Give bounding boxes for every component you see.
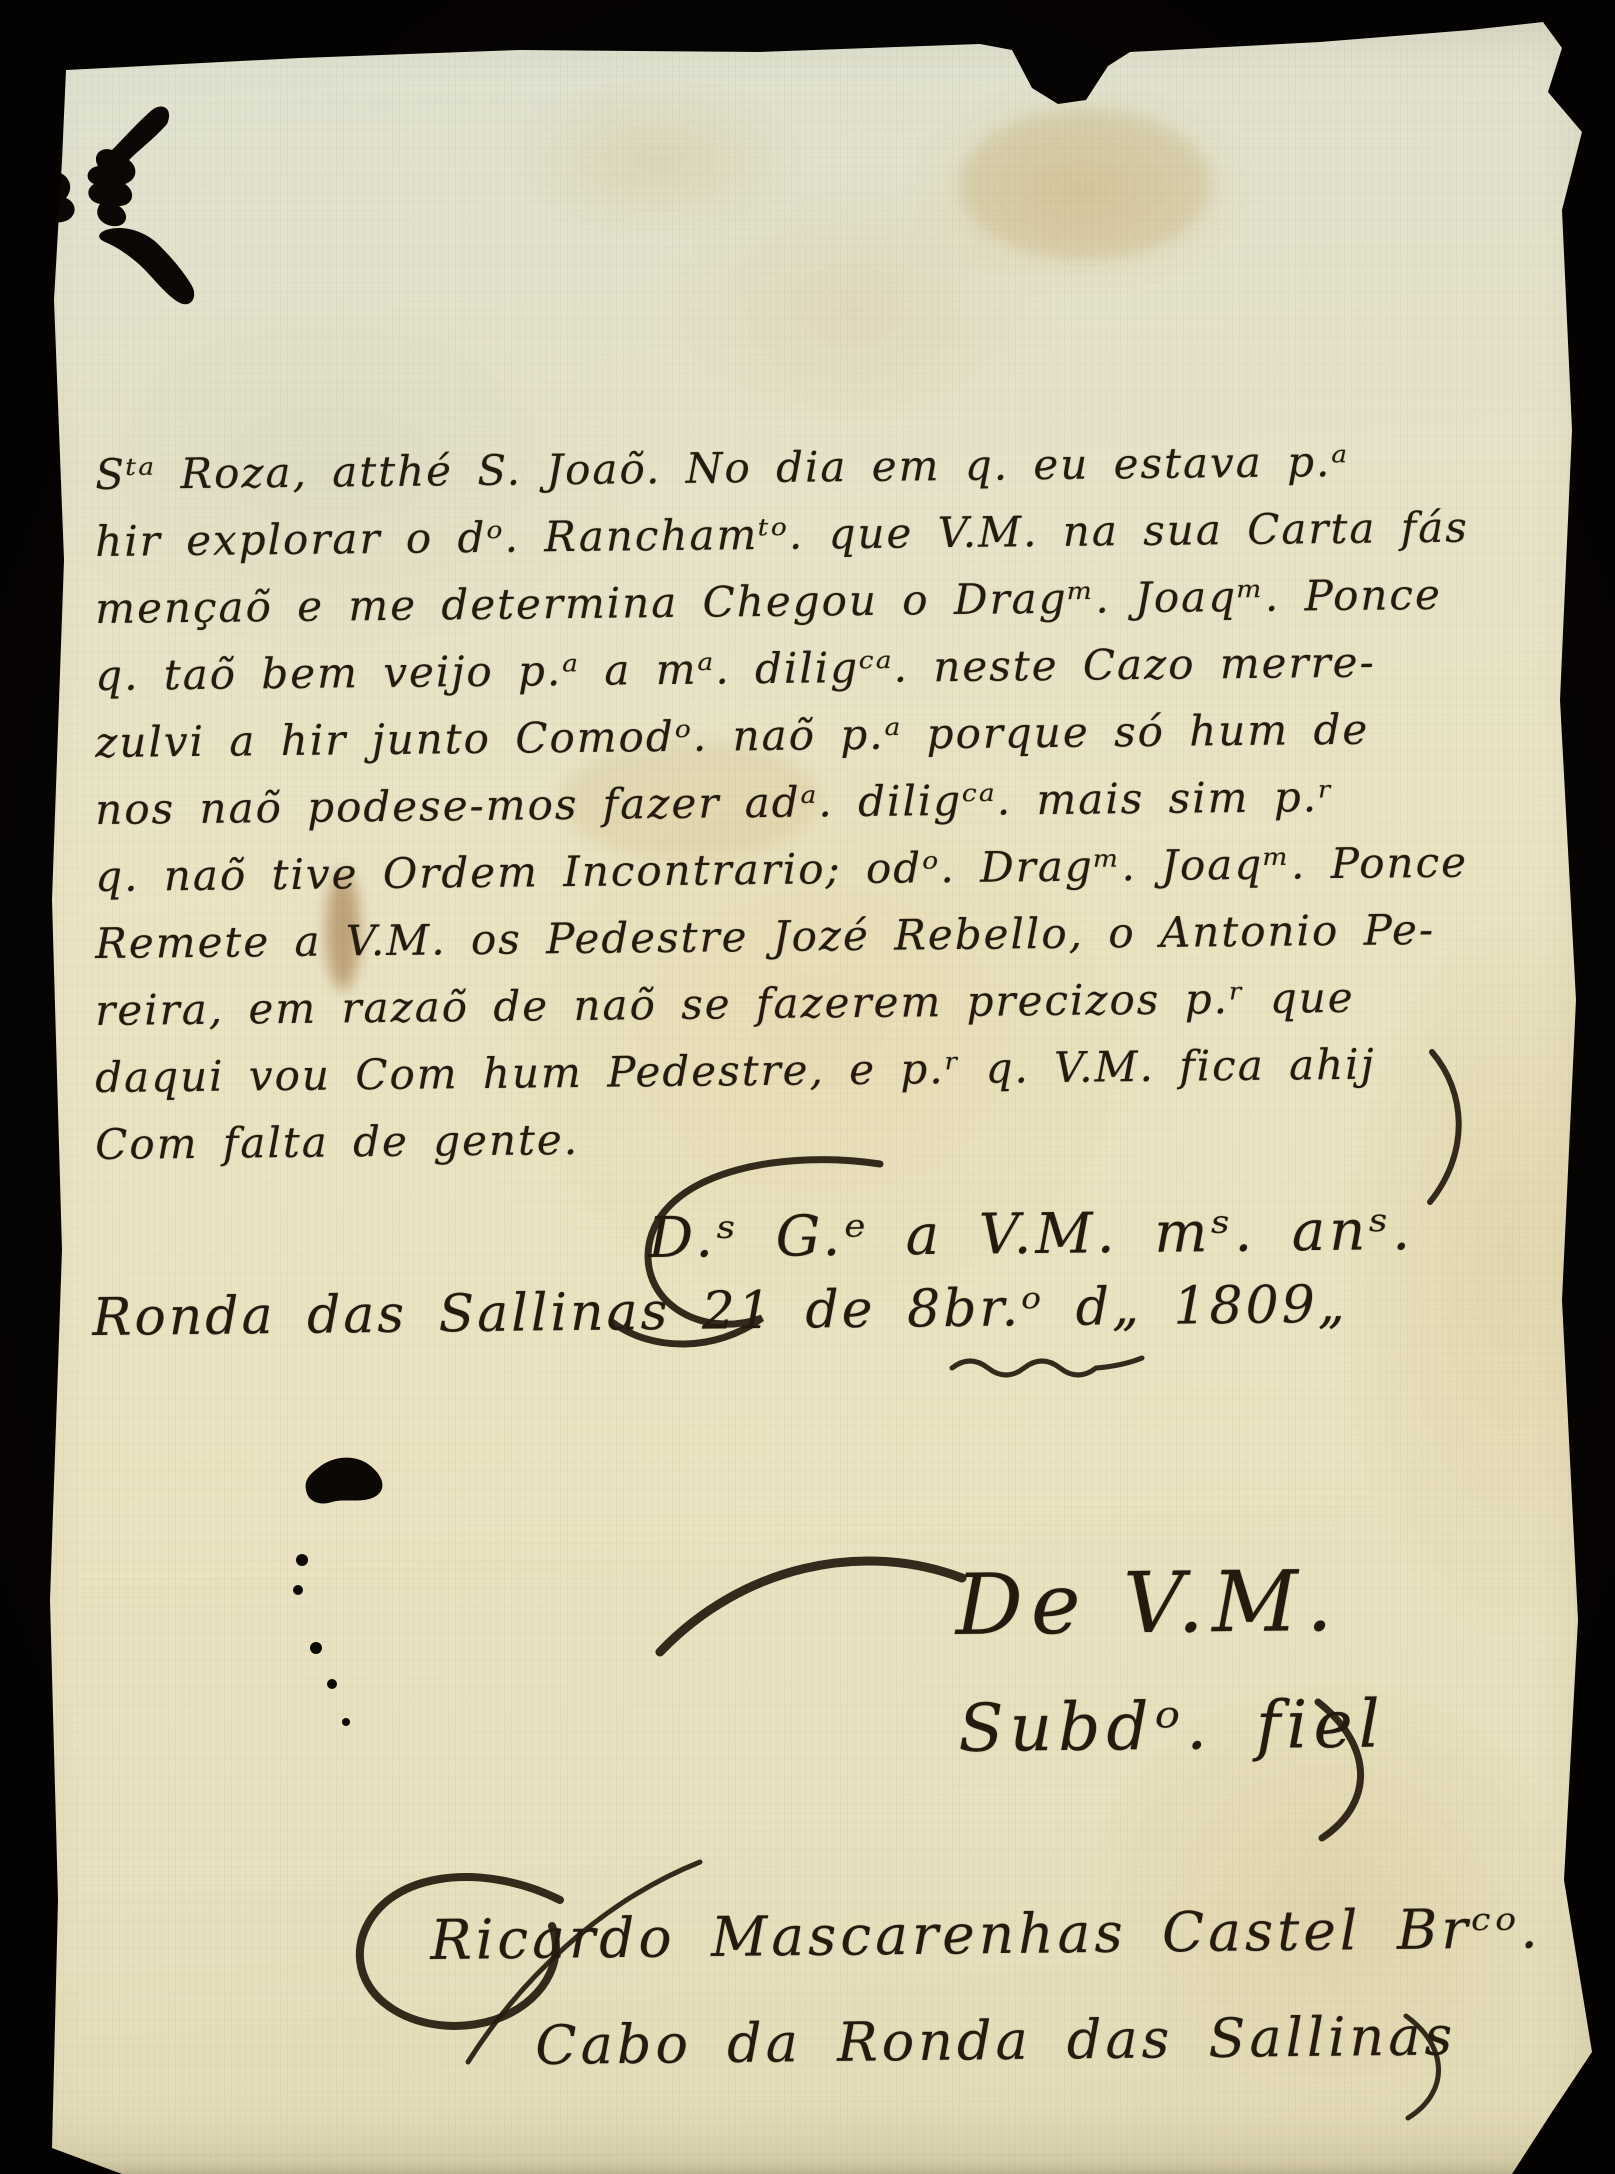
ink-blot	[40, 80, 240, 320]
signature-name: Ricardo Mascarenhas Castel Brᶜᵒ.	[430, 1896, 1542, 1972]
handwritten-line: Sᵗᵃ Roza, atthé S. Joaõ. No dia em q. eu…	[95, 437, 1349, 499]
handwritten-line: hir explorar o dᵒ. Ranchamᵗᵒ. que V.M. n…	[95, 503, 1469, 566]
signature-title: Cabo da Ronda das Sallinas	[535, 2004, 1456, 2077]
handwritten-line: nos naõ podese-mos fazer adᵃ. diligᶜᵃ. m…	[95, 772, 1335, 834]
valediction-line: D.ˢ G.ᵉ a V.M. mˢ. anˢ.	[648, 1198, 1414, 1271]
ink-specks	[280, 1440, 420, 1760]
handwritten-line: zulvi a hir junto Comodᵒ. naõ p.ᵃ porque…	[95, 705, 1369, 767]
handwritten-line: q. naõ tive Ordem Incontrario; odᵒ. Drag…	[95, 838, 1468, 901]
handwritten-line: q. taõ bem veijo p.ᵃ a mᵃ. diligᶜᵃ. nest…	[95, 638, 1376, 700]
closing-subdito-fiel: Subdᵒ. fiel	[958, 1686, 1386, 1767]
dateline: Ronda das Sallinas 21 de 8br.ᵒ d„ 1809„	[92, 1275, 1348, 1348]
verso-show-through: · ·· — ···· ·· — ···	[300, 88, 621, 118]
letter-page: · ·· — ···· ·· — ···	[0, 0, 1615, 2174]
handwritten-line: mençaõ e me determina Chegou o Dragᵐ. Jo…	[95, 570, 1442, 633]
photo-background: · ·· — ···· ·· — ···	[0, 0, 1615, 2174]
handwritten-line: Com falta de gente.	[95, 1115, 579, 1169]
closing-de-vm: De V.M.	[955, 1552, 1341, 1654]
handwritten-line: reira, em razaõ de naõ se fazerem preciz…	[95, 973, 1355, 1035]
handwritten-line: daqui vou Com hum Pedestre, e p.ʳ q. V.M…	[95, 1040, 1376, 1102]
handwritten-line: Remete a V.M. os Pedestre Jozé Rebello, …	[95, 905, 1435, 968]
stain-top-right	[960, 110, 1210, 260]
